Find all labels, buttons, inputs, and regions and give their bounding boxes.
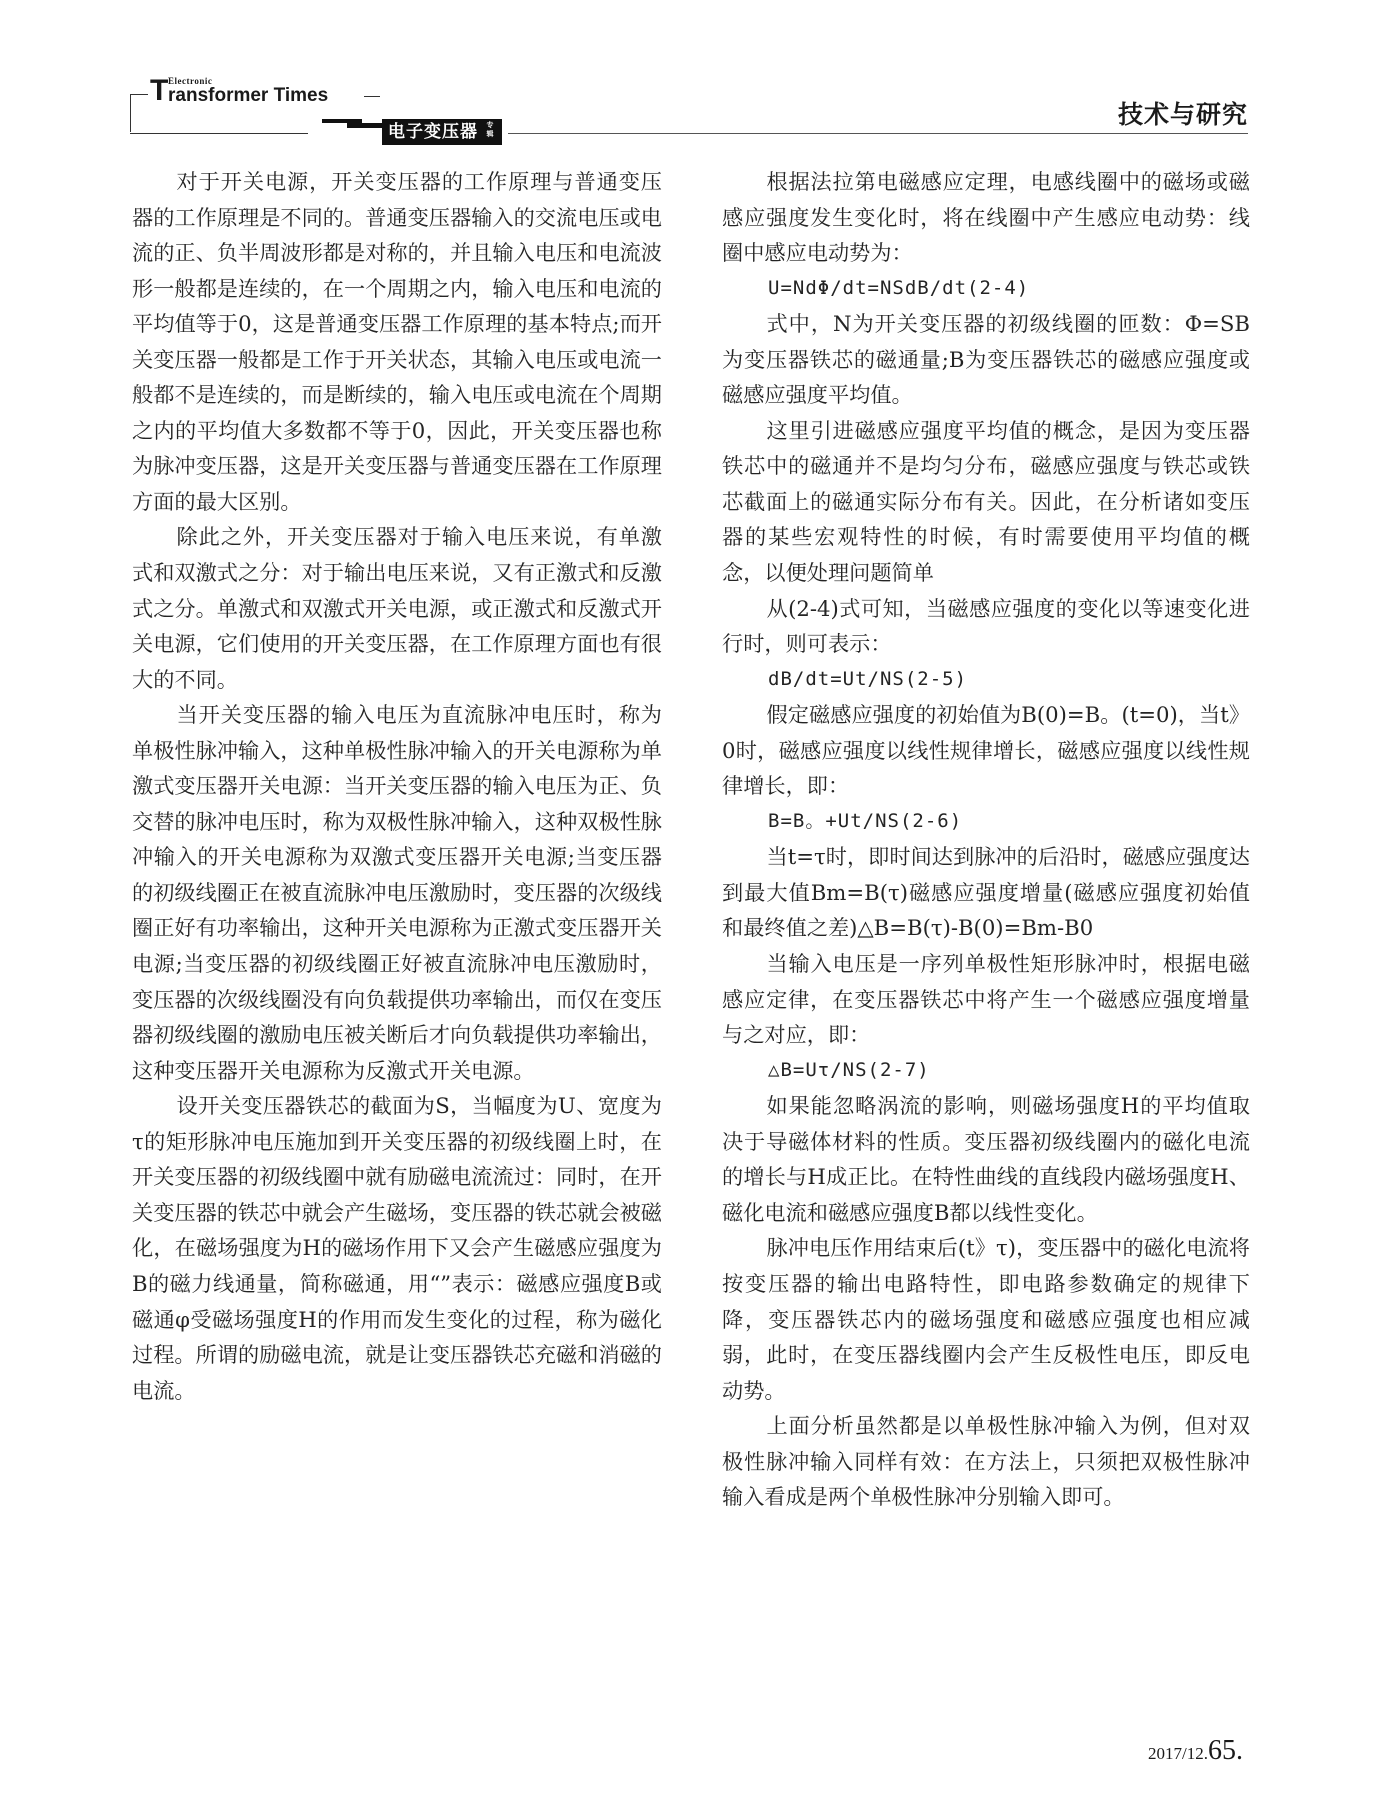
paragraph: 如果能忽略涡流的影响，则磁场强度H的平均值取决于导磁体材料的性质。变压器初级线圈… [722,1088,1250,1230]
formula: U=NdΦ/dt=NSdB/dt(2-4) [722,271,1250,307]
header-rule [130,94,131,132]
formula: B=B。+Ut/NS(2-6) [722,804,1250,840]
right-column: 根据法拉第电磁感应定理，电感线圈中的磁场或磁感应强度发生变化时，将在线圈中产生感… [722,164,1250,1515]
paragraph: 这里引进磁感应强度平均值的概念，是因为变压器铁芯中的磁通并不是均匀分布，磁感应强… [722,413,1250,591]
formula: △B=Uτ/NS(2-7) [722,1053,1250,1089]
header-rule [130,94,148,95]
issue-date: 2017/12. [1148,1744,1208,1763]
paragraph: 式中，N为开关变压器的初级线圈的匝数：Φ=SB为变压器铁芯的磁通量;B为变压器铁… [722,306,1250,413]
banner-edition-char: 辑 [487,130,494,138]
formula: dB/dt=Ut/NS(2-5) [722,662,1250,698]
banner-edition-label: 专 辑 [485,121,495,139]
paragraph: 当输入电压是一序列单极性矩形脉冲时，根据电磁感应定律，在变压器铁芯中将产生一个磁… [722,946,1250,1053]
logo-initial: T [150,76,168,106]
paragraph: 设开关变压器铁芯的截面为S，当幅度为U、宽度为τ的矩形脉冲电压施加到开关变压器的… [132,1088,662,1408]
page-footer: 2017/12.65. [1148,1735,1243,1767]
header-rule [508,133,1248,134]
paragraph: 当t=τ时，即时间达到脉冲的后沿时，磁感应强度达到最大值Bm=B(τ)磁感应强度… [722,839,1250,946]
page-number: 65. [1208,1735,1243,1766]
paragraph: 根据法拉第电磁感应定理，电感线圈中的磁场或磁感应强度发生变化时，将在线圈中产生感… [722,164,1250,271]
banner-title: 电子变压器 [388,121,478,143]
paragraph: 脉冲电压作用结束后(t》τ)，变压器中的磁化电流将按变压器的输出电路特性，即电路… [722,1230,1250,1408]
page-header: T Electronic ransformer Times 电子变压器 专 辑 … [0,0,1380,150]
header-rule [364,96,380,97]
paragraph: 假定磁感应强度的初始值为B(0)=B。(t=0)，当t》0时，磁感应强度以线性规… [722,697,1250,804]
header-rule [130,133,308,134]
paragraph: 上面分析虽然都是以单极性脉冲输入为例，但对双极性脉冲输入同样有效：在方法上，只须… [722,1408,1250,1515]
banner-edition-char: 专 [487,121,494,129]
section-title: 技术与研究 [1118,100,1248,130]
paragraph: 当开关变压器的输入电压为直流脉冲电压时，称为单极性脉冲输入，这种单极性脉冲输入的… [132,697,662,1088]
journal-banner: 电子变压器 专 辑 [322,119,502,145]
banner-step-decoration [347,123,387,128]
paragraph: 对于开关电源，开关变压器的工作原理与普通变压器的工作原理是不同的。普通变压器输入… [132,164,662,519]
paragraph: 从(2-4)式可知，当磁感应强度的变化以等速变化进行时，则可表示： [722,591,1250,662]
logo-text: ransformer Times [168,85,328,107]
left-column: 对于开关电源，开关变压器的工作原理与普通变压器的工作原理是不同的。普通变压器输入… [132,164,662,1408]
paragraph: 除此之外，开关变压器对于输入电压来说，有单激式和双激式之分：对于输出电压来说，又… [132,519,662,697]
